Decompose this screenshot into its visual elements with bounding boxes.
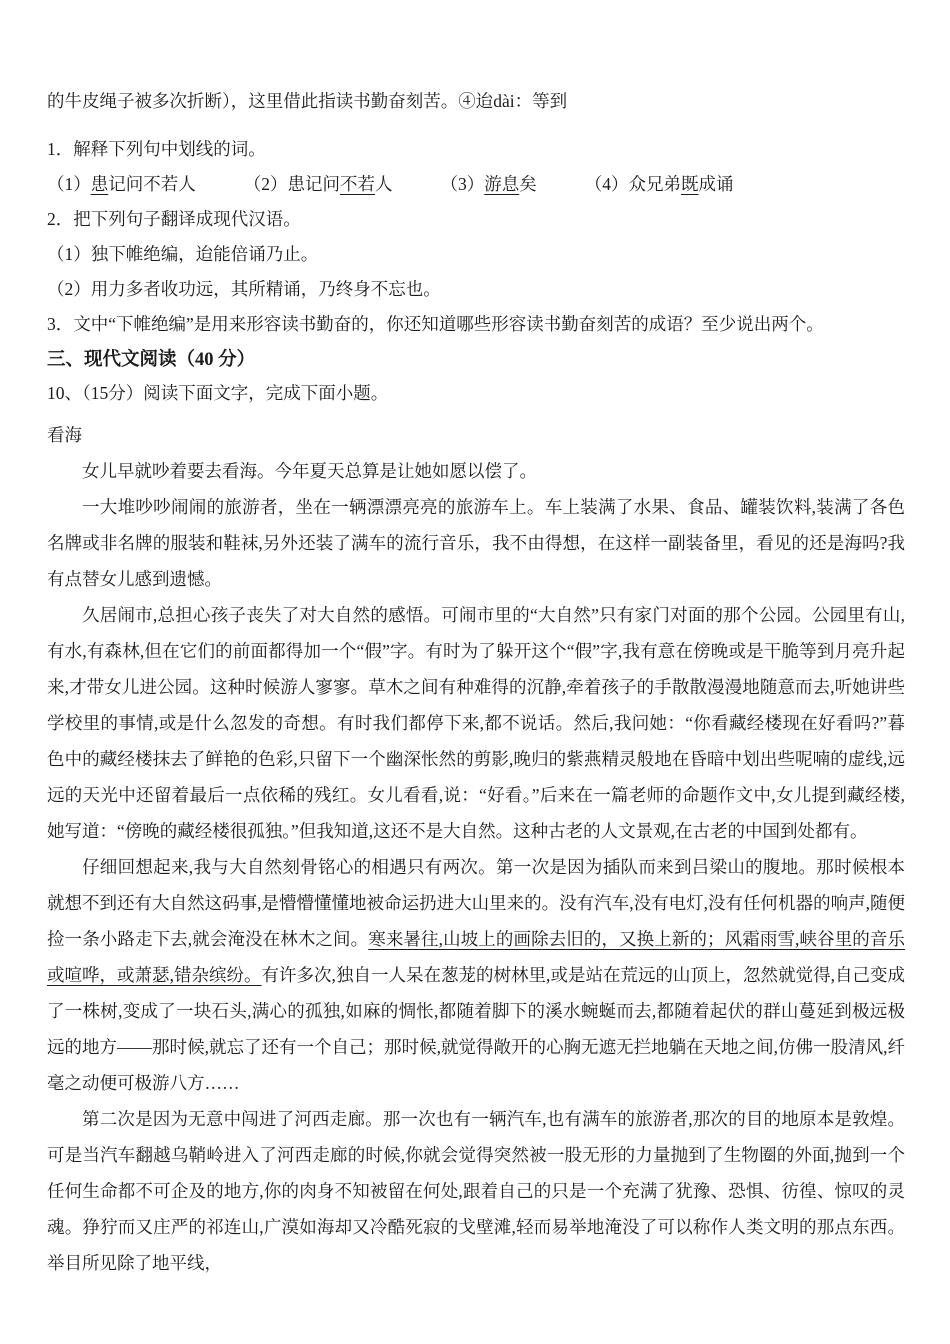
question-1-text: 解释下列句中划线的词。 [73, 139, 266, 159]
essay-paragraph-1: 女儿早就吵着要去看海。今年夏天总算是让她如愿以偿了。 [47, 453, 905, 489]
q2-item-2-text: 用力多者收功远，其所精诵，乃终身不忘也。 [91, 279, 441, 299]
q1-item-3-post: 矣 [519, 174, 537, 194]
annotation-note-line: 的牛皮绳子被多次折断），这里借此指读书勤奋刻苦。④迨dài：等到 [47, 90, 905, 112]
q1-item-3-underlined-word: 游息 [484, 174, 519, 194]
question-1-number: 1． [47, 139, 73, 159]
question-3-text: 文中“下帷绝编”是用来形容读书勤奋的，你还知道哪些形容读书勤奋刻苦的成语？至少说… [73, 314, 824, 334]
essay-paragraph-4: 仔细回想起来,我与大自然刻骨铭心的相遇只有两次。第一次是因为插队而来到吕梁山的腹… [47, 849, 905, 1101]
essay-paragraph-5: 第二次是因为无意中闯进了河西走廊。那一次也有一辆汽车,也有满车的旅游者,那次的目… [47, 1101, 905, 1281]
essay-kanhai: 看海 女儿早就吵着要去看海。今年夏天总算是让她如愿以偿了。 一大堆吵吵闹闹的旅游… [47, 417, 905, 1281]
essay-title: 看海 [47, 417, 905, 453]
essay-paragraph-3: 久居闹市,总担心孩子丧失了对大自然的感悟。可闹市里的“大自然”只有家门对面的那个… [47, 597, 905, 849]
q1-item-1-label: （1） [47, 174, 91, 194]
q1-item-2: （2）患记问不若人 [244, 173, 393, 195]
question-1-prompt: 1．解释下列句中划线的词。 [47, 138, 905, 160]
essay-paragraph-2: 一大堆吵吵闹闹的旅游者，坐在一辆漂漂亮亮的旅游车上。车上装满了水果、食品、罐装饮… [47, 489, 905, 597]
q2-item-1-text: 独下帷绝编，迨能倍诵乃止。 [91, 244, 319, 264]
q1-item-2-underlined-word: 不若 [340, 174, 375, 194]
question-10-line: 10、（15分）阅读下面文字，完成下面小题。 [47, 382, 905, 404]
q1-item-3: （3）游息矣 [441, 173, 537, 195]
question-1-items: （1）患记问不若人 （2）患记问不若人 （3）游息矣 （4）众兄弟既成诵 [47, 173, 905, 195]
question-2-number: 2． [47, 209, 73, 229]
question-2-text: 把下列句子翻译成现代汉语。 [73, 209, 301, 229]
q2-item-1-label: （1） [47, 244, 91, 264]
question-3-number: 3． [47, 314, 73, 334]
question-2-prompt: 2．把下列句子翻译成现代汉语。 [47, 208, 905, 230]
exam-page: 的牛皮绳子被多次折断），这里借此指读书勤奋刻苦。④迨dài：等到 1．解释下列句… [0, 0, 950, 1344]
q1-item-4: （4）众兄弟既成诵 [585, 173, 734, 195]
q1-item-1-post: 记问不若人 [108, 174, 196, 194]
q2-item-2: （2）用力多者收功远，其所精诵，乃终身不忘也。 [47, 278, 905, 300]
q1-item-2-post: 人 [375, 174, 393, 194]
q1-item-4-label: （4） [585, 174, 629, 194]
q1-item-3-label: （3） [441, 174, 485, 194]
q1-item-4-underlined-word: 既 [681, 174, 699, 194]
q1-item-4-post: 成诵 [699, 174, 734, 194]
q1-item-1: （1）患记问不若人 [47, 173, 196, 195]
section-heading: 三、现代文阅读（40 分） [47, 348, 905, 372]
q2-item-1: （1）独下帷绝编，迨能倍诵乃止。 [47, 243, 905, 265]
q1-item-4-pre: 众兄弟 [629, 174, 682, 194]
q1-item-1-underlined-word: 患 [91, 174, 109, 194]
q1-item-2-label: （2） [244, 174, 288, 194]
q1-item-2-pre: 患记问 [288, 174, 341, 194]
question-3: 3．文中“下帷绝编”是用来形容读书勤奋的，你还知道哪些形容读书勤奋刻苦的成语？至… [47, 313, 905, 335]
q2-item-2-label: （2） [47, 279, 91, 299]
